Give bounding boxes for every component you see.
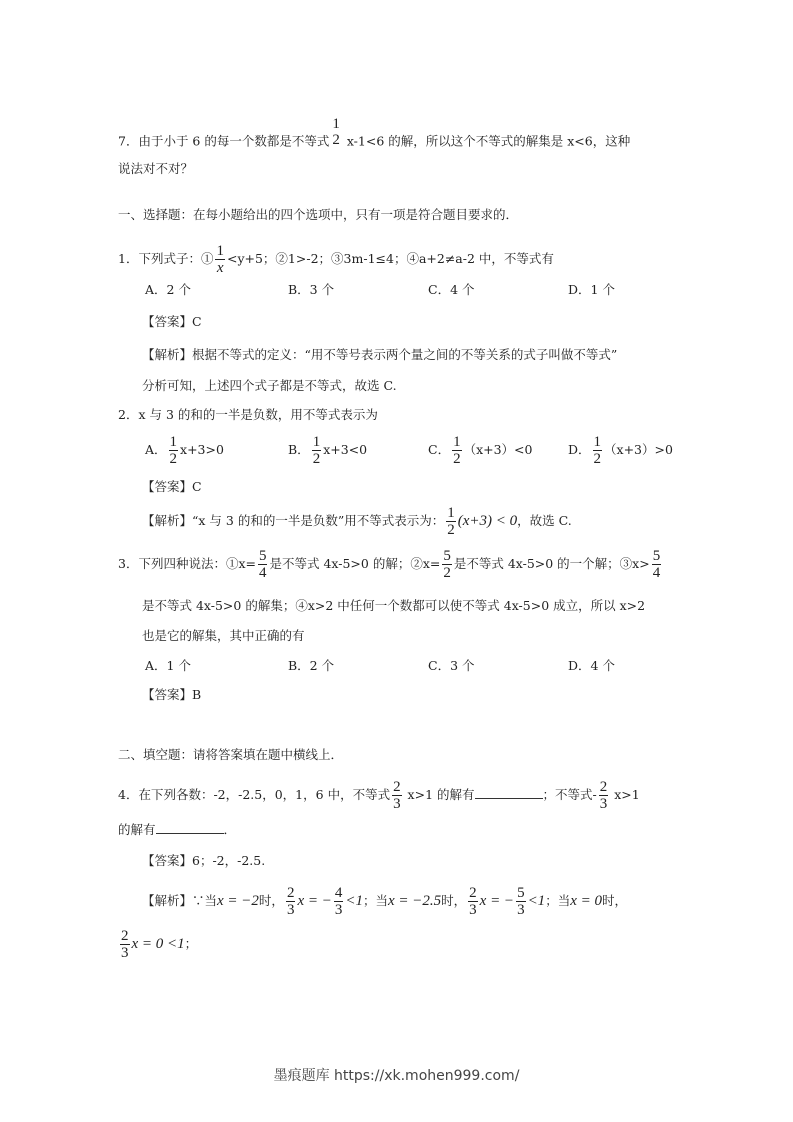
q4-blank-2[interactable] <box>156 821 224 834</box>
q2-option-c: C．12（x+3）<0 <box>428 434 532 467</box>
q7-line1: 7．由于小于 6 的每一个数都是不等式12 x-1<6 的解，所以这个不等式的解… <box>118 126 630 158</box>
q2-stem: 2．x 与 3 的和的一半是负数，用不等式表示为 <box>118 406 378 424</box>
q1-option-c: C．4 个 <box>428 280 475 298</box>
q2-option-a: A．12x+3>0 <box>145 434 224 467</box>
q3-option-d: D．4 个 <box>568 656 615 674</box>
section2-title: 二、填空题：请将答案填在题中横线上． <box>118 746 343 764</box>
q3-option-b: B．2 个 <box>288 656 334 674</box>
q1-option-d: D．1 个 <box>568 280 615 298</box>
q4-analysis-line1: 【解析】∵当x = −2时，23x = −43<1；当x = −2.5时，23x… <box>142 885 627 918</box>
q1-stem: 1．下列式子：①1x<y+5；②1>-2；③3m-1≤4；④a+2≠a-2 中，… <box>118 243 554 276</box>
q1-fraction: 1x <box>215 243 225 276</box>
q4-analysis-line2: 23x = 0 <1； <box>118 928 197 961</box>
q4-answer: 【答案】6；-2，-2.5. <box>142 852 265 870</box>
q1-option-a: A．2 个 <box>145 280 191 298</box>
footer-watermark: 墨痕题库 https://xk.mohen999.com/ <box>0 1065 793 1085</box>
q4-blank-1[interactable] <box>475 786 543 799</box>
q1-option-b: B．3 个 <box>288 280 334 298</box>
q2-option-b: B．12x+3<0 <box>288 434 367 467</box>
q4-line1: 4．在下列各数：-2，-2.5，0，1，6 中，不等式23 x>1 的解有；不等… <box>118 779 640 812</box>
q3-option-a: A．1 个 <box>145 656 191 674</box>
q7-suffix: x-1<6 的解，所以这个不等式的解集是 x<6，这种 <box>343 134 630 149</box>
section1-title: 一、选择题：在每小题给出的四个选项中，只有一项是符合题目要求的． <box>118 206 518 224</box>
q3-line3: 也是它的解集，其中正确的有 <box>142 627 305 645</box>
q2-analysis: 【解析】“x 与 3 的和的一半是负数”用不等式表示为：12(x+3) < 0，… <box>142 505 572 538</box>
q4-line2: 的解有． <box>118 821 236 839</box>
q7-line2: 说法对不对？ <box>118 160 193 178</box>
q3-option-c: C．3 个 <box>428 656 475 674</box>
q3-line1: 3．下列四种说法：①x=54是不等式 4x-5>0 的解；②x=52是不等式 4… <box>118 548 663 581</box>
q3-answer: 【答案】B <box>142 686 201 704</box>
q1-analysis-line1: 【解析】根据不等式的定义：“用不等号表示两个量之间的不等关系的式子叫做不等式” <box>142 346 617 364</box>
q2-option-d: D．12（x+3）>0 <box>568 434 673 467</box>
q3-line2: 是不等式 4x-5>0 的解集；④x>2 中任何一个数都可以使不等式 4x-5>… <box>142 597 645 615</box>
q1-answer: 【答案】C <box>142 313 202 331</box>
q1-analysis-line2: 分析可知，上述四个式子都是不等式，故选 C. <box>142 377 397 395</box>
q2-answer: 【答案】C <box>142 478 202 496</box>
q7-prefix: 7．由于小于 6 的每一个数都是不等式 <box>118 134 329 149</box>
q7-fraction: 12 <box>331 116 341 148</box>
